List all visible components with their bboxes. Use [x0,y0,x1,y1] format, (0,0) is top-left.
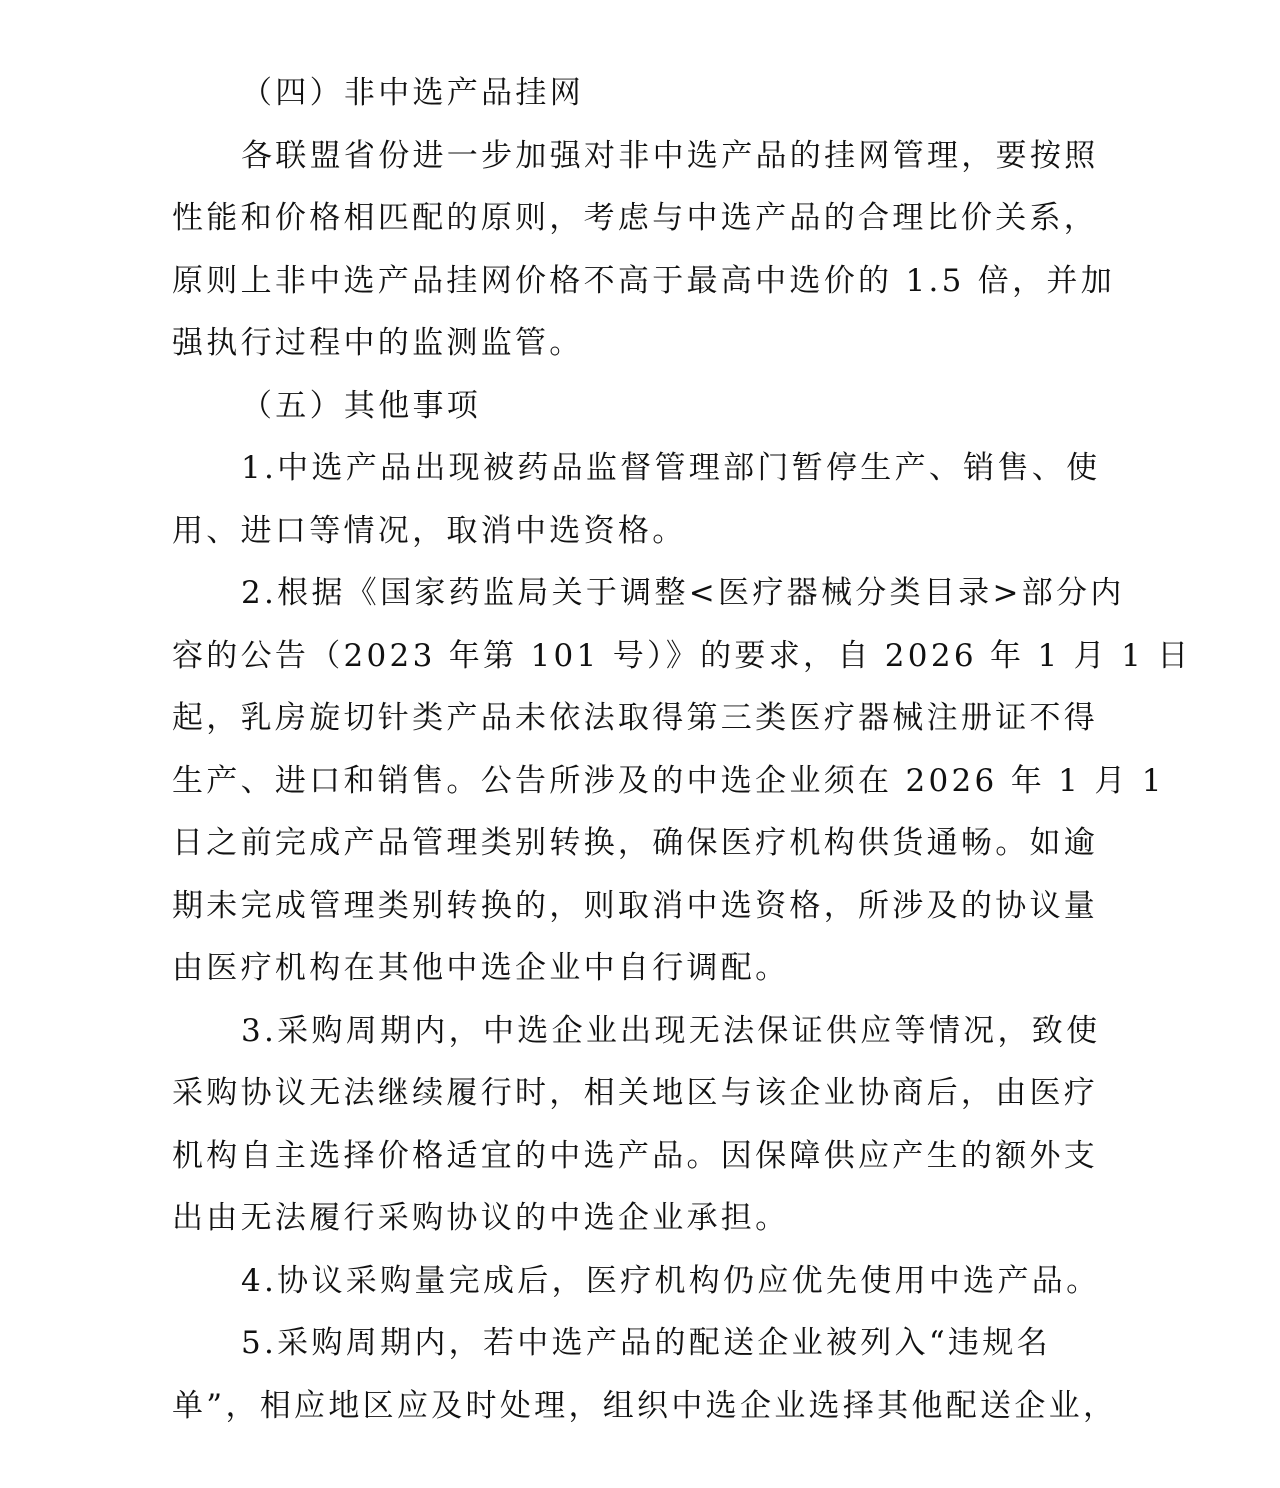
item-2-line: 生产、进口和销售。公告所涉及的中选企业须在 2026 年 1 月 1 [172,750,1112,813]
paragraph-line: 各联盟省份进一步加强对非中选产品的挂网管理，要按照 [172,125,1112,188]
item-2-line: 容的公告（2023 年第 101 号）》的要求，自 2026 年 1 月 1 日 [172,625,1112,688]
item-2-line: 由医疗机构在其他中选企业中自行调配。 [172,937,1112,1000]
document-page: （四）非中选产品挂网 各联盟省份进一步加强对非中选产品的挂网管理，要按照 性能和… [172,62,1112,1437]
section-heading-5: （五）其他事项 [172,375,1112,438]
item-3-line: 出由无法履行采购协议的中选企业承担。 [172,1187,1112,1250]
item-1-line: 用、进口等情况，取消中选资格。 [172,500,1112,563]
item-3-line: 机构自主选择价格适宜的中选产品。因保障供应产生的额外支 [172,1125,1112,1188]
paragraph-line: 强执行过程中的监测监管。 [172,312,1112,375]
item-2-line: 日之前完成产品管理类别转换，确保医疗机构供货通畅。如逾 [172,812,1112,875]
item-4-line: 4.协议采购量完成后，医疗机构仍应优先使用中选产品。 [172,1250,1112,1313]
item-5-line: 5.采购周期内，若中选产品的配送企业被列入“违规名 [172,1312,1112,1375]
item-2-line: 2.根据《国家药监局关于调整<医疗器械分类目录>部分内 [172,562,1112,625]
paragraph-line: 性能和价格相匹配的原则，考虑与中选产品的合理比价关系， [172,187,1112,250]
item-2-line: 期未完成管理类别转换的，则取消中选资格，所涉及的协议量 [172,875,1112,938]
item-1-line: 1.中选产品出现被药品监督管理部门暂停生产、销售、使 [172,437,1112,500]
item-5-line: 单”，相应地区应及时处理，组织中选企业选择其他配送企业， [172,1375,1112,1438]
paragraph-line: 原则上非中选产品挂网价格不高于最高中选价的 1.5 倍，并加 [172,250,1112,313]
item-2-line: 起，乳房旋切针类产品未依法取得第三类医疗器械注册证不得 [172,687,1112,750]
section-heading-4: （四）非中选产品挂网 [172,62,1112,125]
item-3-line: 采购协议无法继续履行时，相关地区与该企业协商后，由医疗 [172,1062,1112,1125]
item-3-line: 3.采购周期内，中选企业出现无法保证供应等情况，致使 [172,1000,1112,1063]
